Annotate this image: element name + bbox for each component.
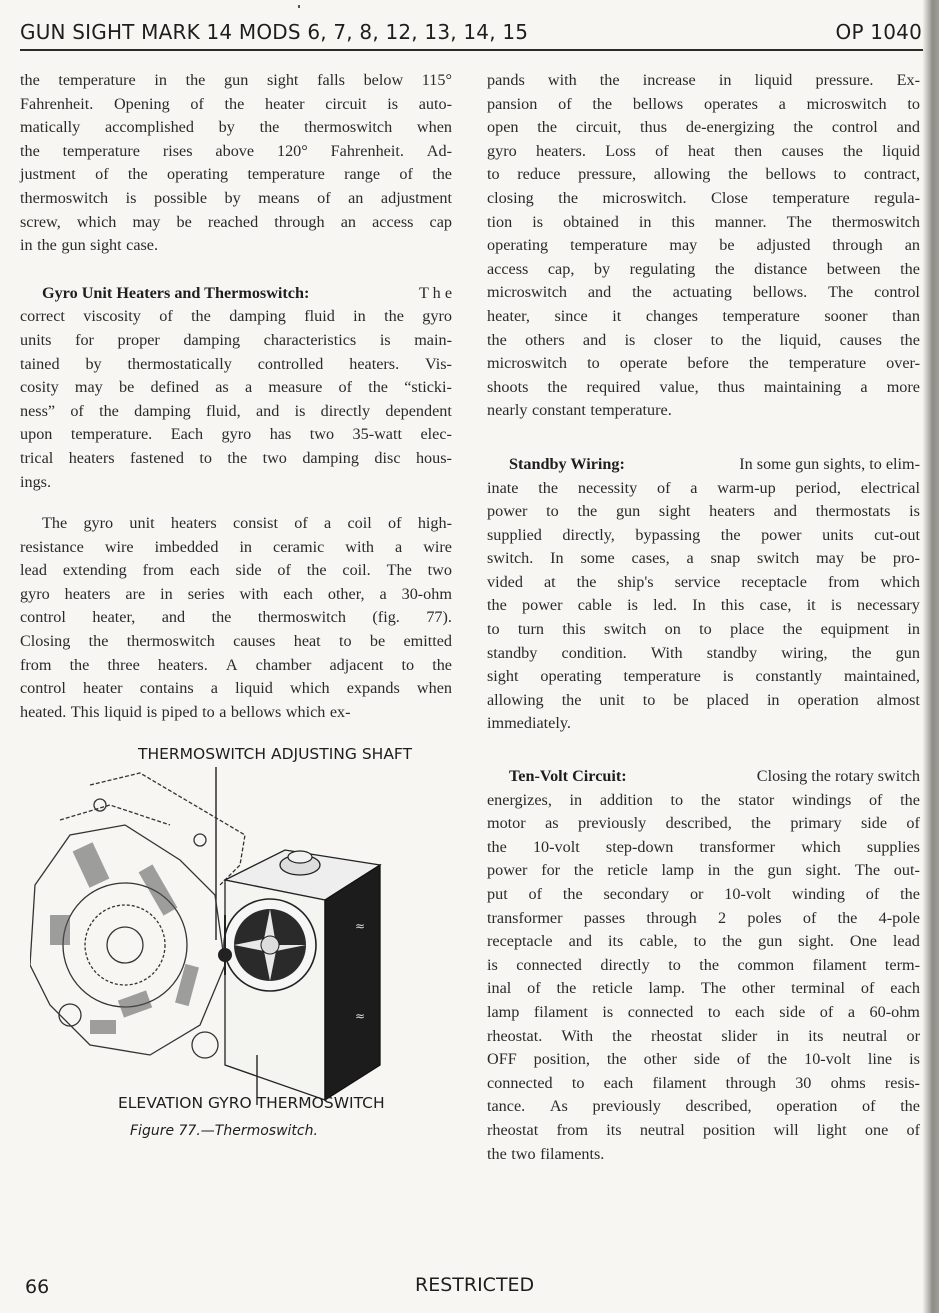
text-line: rheostatfromitsneutralpositionwilllighto… bbox=[487, 1119, 920, 1143]
text-line: fromthethreeheaters.Achamberadjacenttoth… bbox=[20, 654, 452, 678]
text-line: toreducepressure,allowingthebellowstocon… bbox=[487, 163, 920, 187]
text-line: ings. bbox=[20, 471, 452, 495]
paragraph-ten-volt-circuit: energizes,inadditiontothestatorwindingso… bbox=[487, 789, 920, 1167]
text-line: thetemperatureinthegunsightfallsbelow115… bbox=[20, 69, 452, 93]
text-line: pandswiththeincreaseinliquidpressure.Ex- bbox=[487, 69, 920, 93]
text-line: closingthemicroswitch.Closetemperaturere… bbox=[487, 187, 920, 211]
text-line: theothersandisclosertotheliquid,causesth… bbox=[487, 329, 920, 353]
text-line: powerforthereticlelampinthegunsight.Theo… bbox=[487, 859, 920, 883]
text-line: heater,sinceitchangestemperaturesoonerth… bbox=[487, 305, 920, 329]
svg-text:≈: ≈ bbox=[355, 919, 365, 933]
text-line: switch.Insomecases,asnapswitchmaybepro- bbox=[487, 547, 920, 571]
section-heading-ten-volt-circuit: Ten-Volt Circuit: bbox=[509, 765, 627, 789]
text-line: cositymaybedefinedasameasureofthe“sticki… bbox=[20, 376, 452, 400]
text-line: unitsforproperdampingcharacteristicsisma… bbox=[20, 329, 452, 353]
text-line: Fahrenheit.Openingoftheheatercircuitisau… bbox=[20, 93, 452, 117]
text-line: heated.Thisliquidispipedtoabellowswhiche… bbox=[20, 701, 452, 725]
text-line: allowingtheunittobeplacedinoperationalmo… bbox=[487, 689, 920, 713]
text-line: operatingtemperaturemaybeadjustedthrough… bbox=[487, 234, 920, 258]
section-heading-standby-wiring: Standby Wiring: bbox=[509, 453, 625, 477]
text-line: nearlyconstanttemperature. bbox=[487, 399, 920, 423]
text-line: thetemperaturerisesabove120°Fahrenheit.A… bbox=[20, 140, 452, 164]
text-line: immediately. bbox=[487, 712, 920, 736]
text-line: resistancewireimbeddedinceramicwithawire bbox=[20, 536, 452, 560]
text-line: motoraspreviouslydescribed,theprimarysid… bbox=[487, 812, 920, 836]
classification-label: RESTRICTED bbox=[415, 1274, 534, 1296]
heading-line-standby: Standby Wiring: In some gun sights, to e… bbox=[487, 453, 920, 477]
text-line: tainedbythermostaticallycontrolledheater… bbox=[20, 353, 452, 377]
text-line: inthegunsightcase. bbox=[20, 234, 452, 258]
text-line: powertothegunsightheatersandthermostatsi… bbox=[487, 500, 920, 524]
text-line: lampfilamentisconnectedtoeachsideofa60-o… bbox=[487, 1001, 920, 1025]
text-line: transformerpassesthrough2polesofthe4-pol… bbox=[487, 907, 920, 931]
header-rule bbox=[20, 49, 923, 51]
page-header: GUN SIGHT MARK 14 MODS 6, 7, 8, 12, 13, … bbox=[20, 20, 922, 46]
right-column: pandswiththeincreaseinliquidpressure.Ex-… bbox=[487, 69, 920, 1166]
svg-text:≈: ≈ bbox=[355, 1009, 365, 1023]
text-line: thepowercableisled.Inthiscase,itisnecess… bbox=[487, 594, 920, 618]
stray-mark bbox=[298, 5, 300, 8]
text-line: leadextendingfromeachsideofthecoil.Thetw… bbox=[20, 559, 452, 583]
figure-77: THERMOSWITCH ADJUSTING SHAFT bbox=[30, 745, 460, 1135]
text-line: controlheater,andthethermoswitch(fig.77)… bbox=[20, 606, 452, 630]
text-line: microswitchtooperatebeforethetemperature… bbox=[487, 352, 920, 376]
text-line: toturnthisswitchontoplacetheequipmentin bbox=[487, 618, 920, 642]
document-id: OP 1040 bbox=[836, 20, 922, 44]
text-line: openthecircuit,thusde-energizingthecontr… bbox=[487, 116, 920, 140]
text-line: thetwofilaments. bbox=[487, 1143, 920, 1167]
paragraph-bellows-operation: pandswiththeincreaseinliquidpressure.Ex-… bbox=[487, 69, 920, 423]
heading-tail-text: In some gun sights, to elim- bbox=[739, 453, 920, 477]
text-line: correctviscosityofthedampingfluidinthegy… bbox=[20, 305, 452, 329]
text-line: the10-voltstep-downtransformerwhichsuppl… bbox=[487, 836, 920, 860]
heading-line-ten-volt: Ten-Volt Circuit: Closing the rotary swi… bbox=[487, 765, 920, 789]
figure-caption: Figure 77.—Thermoswitch. bbox=[130, 1123, 318, 1139]
left-column: thetemperatureinthegunsightfallsbelow115… bbox=[20, 69, 452, 724]
text-line: supplieddirectly,bypassingthepowerunitsc… bbox=[487, 524, 920, 548]
text-line: gyroheatersareinserieswitheachother,a30-… bbox=[20, 583, 452, 607]
text-line: sightoperatingtemperatureisconstantlymai… bbox=[487, 665, 920, 689]
text-line: screw,whichmaybereachedthroughanaccessca… bbox=[20, 211, 452, 235]
paragraph-gyro-heaters-construction: Thegyrounitheatersconsistofacoilofhigh-r… bbox=[20, 512, 452, 724]
text-line: standbycondition.Withstandbywiring,thegu… bbox=[487, 642, 920, 666]
text-line: tionisobtainedinthismanner.Thethermoswit… bbox=[487, 211, 920, 235]
text-line: putofthesecondaryor10-voltwindingofthe bbox=[487, 883, 920, 907]
heading-tail-text: T h e bbox=[419, 282, 452, 306]
text-line: inatethenecessityofawarm-upperiod,electr… bbox=[487, 477, 920, 501]
text-line: accesscap,byregulatingthedistancebetween… bbox=[487, 258, 920, 282]
text-line: upontemperature.Eachgyrohastwo35-wattele… bbox=[20, 423, 452, 447]
text-line: tance.Aspreviouslydescribed,operationoft… bbox=[487, 1095, 920, 1119]
text-line: ness”ofthedampingfluid,andisdirectlydepe… bbox=[20, 400, 452, 424]
text-line: inalofthereticlelamp.Theotherterminalofe… bbox=[487, 977, 920, 1001]
text-line: rheostat.Withtherheostatsliderinitsneutr… bbox=[487, 1025, 920, 1049]
section-heading-gyro-unit-heaters: Gyro Unit Heaters and Thermoswitch: bbox=[42, 282, 309, 306]
text-line: OFFposition,theothersideofthe10-voltline… bbox=[487, 1048, 920, 1072]
callout-thermoswitch-adjusting-shaft: THERMOSWITCH ADJUSTING SHAFT bbox=[138, 745, 412, 763]
text-line: Thegyrounitheatersconsistofacoilofhigh- bbox=[20, 512, 452, 536]
text-line: tricalheatersfastenedtothetwodampingdisc… bbox=[20, 447, 452, 471]
paragraph-gyro-viscosity: correctviscosityofthedampingfluidinthegy… bbox=[20, 305, 452, 494]
text-line: videdattheship'sservicereceptaclefromwhi… bbox=[487, 571, 920, 595]
heading-tail-text: Closing the rotary switch bbox=[757, 765, 920, 789]
text-line: justmentoftheoperatingtemperaturerangeof… bbox=[20, 163, 452, 187]
page-number: 66 bbox=[25, 1276, 49, 1298]
callout-elevation-gyro-thermoswitch: ELEVATION GYRO THERMOSWITCH bbox=[118, 1094, 385, 1112]
text-line: connectedtoeachfilamentthrough30ohmsresi… bbox=[487, 1072, 920, 1096]
text-line: isconnecteddirectlytothecommonfilamentte… bbox=[487, 954, 920, 978]
paragraph-standby-wiring: inatethenecessityofawarm-upperiod,electr… bbox=[487, 477, 920, 737]
thermoswitch-illustration: ≈ ≈ bbox=[30, 765, 460, 1105]
text-line: pansionofthebellowsoperatesamicroswitcht… bbox=[487, 93, 920, 117]
text-line: maticallyaccomplishedbythethermoswitchwh… bbox=[20, 116, 452, 140]
page-edge-shadow bbox=[923, 0, 939, 1313]
text-line: controlheatercontainsaliquidwhichexpands… bbox=[20, 677, 452, 701]
heading-line-gyro: Gyro Unit Heaters and Thermoswitch: T h … bbox=[20, 282, 452, 306]
text-line: gyroheaters.Lossofheatthencausestheliqui… bbox=[487, 140, 920, 164]
document-title: GUN SIGHT MARK 14 MODS 6, 7, 8, 12, 13, … bbox=[20, 20, 528, 44]
paragraph-temperature-range: thetemperatureinthegunsightfallsbelow115… bbox=[20, 69, 452, 258]
text-line: shootstherequiredvalue,thusmaintainingam… bbox=[487, 376, 920, 400]
text-line: Closingthethermoswitchcausesheattobeemit… bbox=[20, 630, 452, 654]
text-line: thermoswitchispossiblebymeansofanadjustm… bbox=[20, 187, 452, 211]
text-line: microswitchandtheactuatingbellows.Thecon… bbox=[487, 281, 920, 305]
text-line: energizes,inadditiontothestatorwindingso… bbox=[487, 789, 920, 813]
text-line: receptacleanditscable,tothegunsight.Onel… bbox=[487, 930, 920, 954]
